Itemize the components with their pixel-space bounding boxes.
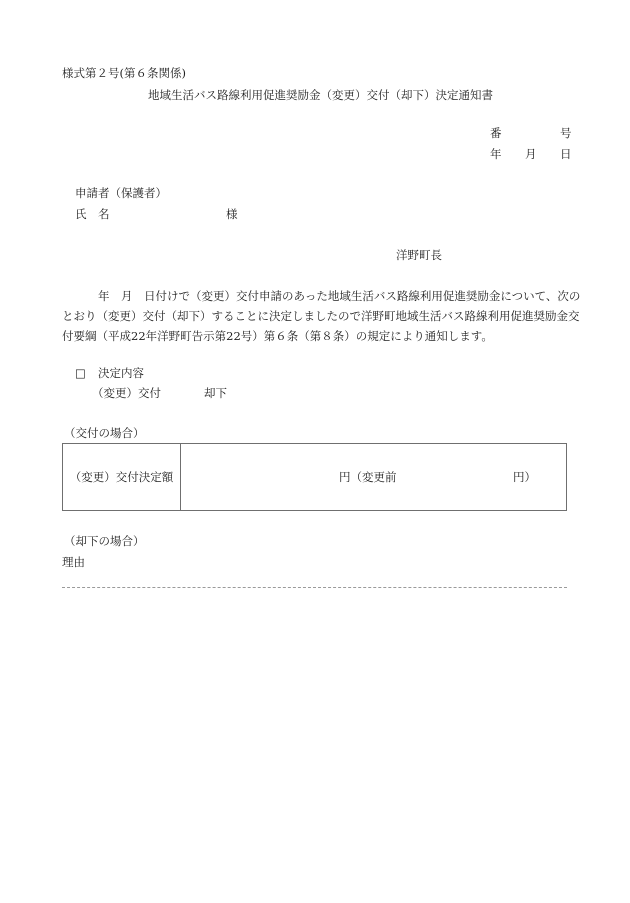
document-title: 地域生活バス路線利用促進奨励金（変更）交付（却下）決定通知書	[148, 88, 493, 102]
date-month: 月	[525, 147, 537, 161]
decision-heading: 決定内容	[98, 366, 144, 380]
date-year: 年	[490, 147, 502, 161]
applicant-honorific: 様	[226, 207, 238, 221]
body-line-3: 付要綱（平成22年洋野町告示第22号）第６条（第８条）の規定により通知します。	[62, 329, 493, 343]
decision-checkbox[interactable]: □	[75, 366, 86, 380]
reason-label: 理由	[62, 555, 85, 569]
reason-dashed-line	[62, 587, 567, 588]
grant-amount-table: （変更）交付決定額 円（変更前 円）	[62, 443, 567, 511]
applicant-heading: 申請者（保護者）	[75, 186, 167, 200]
grant-amount-label: （変更）交付決定額	[63, 444, 181, 510]
grant-amount-cell: 円（変更前 円）	[181, 444, 566, 510]
applicant-name-label: 氏 名	[75, 207, 110, 221]
form-number: 様式第２号(第６条関係)	[62, 66, 186, 80]
yen-before-label: 円（変更前	[339, 470, 397, 484]
reject-case-heading: （却下の場合）	[64, 534, 145, 548]
number-label: 番	[490, 126, 502, 140]
decision-option-grant: （変更）交付	[92, 386, 161, 400]
issuer: 洋野町長	[396, 248, 442, 262]
date-day: 日	[560, 147, 572, 161]
body-line-1: 年 月 日付けで（変更）交付申請のあった地域生活バス路線利用促進奨励金について、…	[98, 289, 580, 303]
body-line-2: とおり（変更）交付（却下）することに決定しましたので洋野町地域生活バス路線利用促…	[62, 309, 580, 323]
number-suffix: 号	[560, 126, 572, 140]
decision-option-reject: 却下	[204, 386, 227, 400]
grant-case-heading: （交付の場合）	[64, 426, 145, 440]
yen-close-label: 円）	[513, 470, 536, 484]
